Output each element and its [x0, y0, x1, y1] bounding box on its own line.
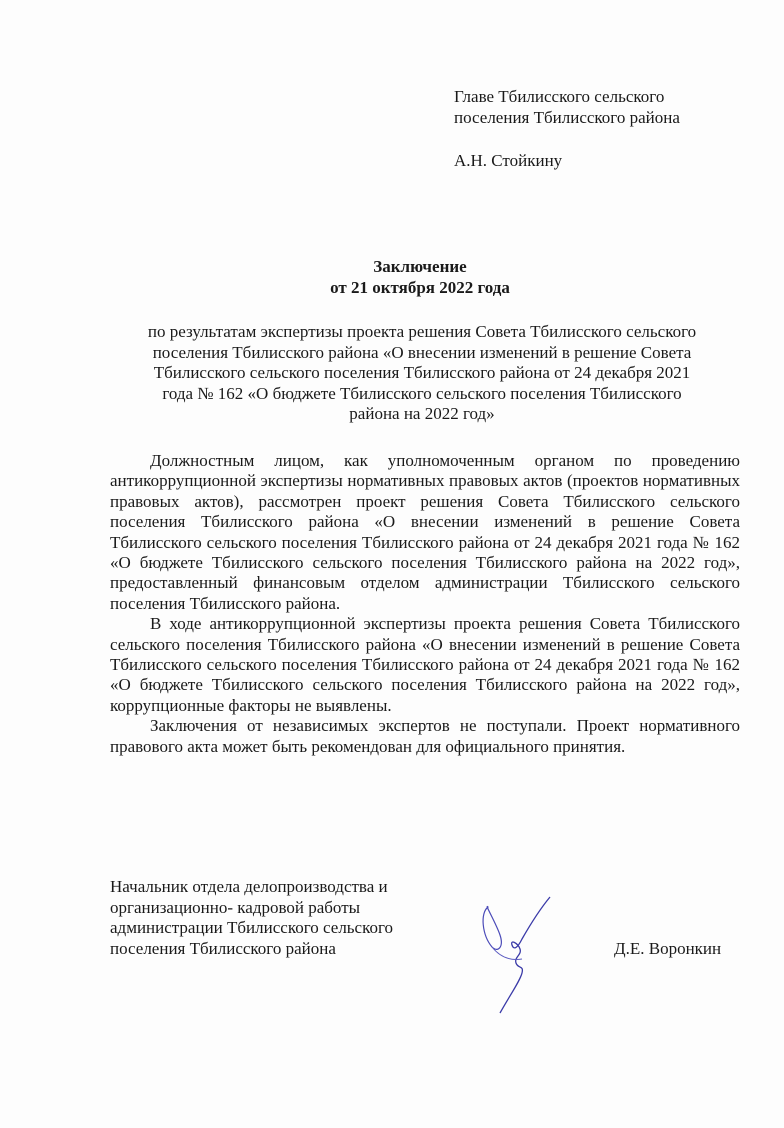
position-line: поселения Тбилисского района [110, 939, 450, 960]
addressee-block: Главе Тбилисского сельского поселения Тб… [454, 86, 754, 171]
document-page: Главе Тбилисского сельского поселения Тб… [0, 0, 784, 1128]
subject-line: года № 162 «О бюджете Тбилисского сельск… [112, 384, 732, 405]
signer-position: Начальник отдела делопроизводства и орга… [110, 877, 450, 959]
subject-line: района на 2022 год» [112, 404, 732, 425]
addressee-line-2: поселения Тбилисского района [454, 107, 754, 128]
subject-line: по результатам экспертизы проекта решени… [112, 322, 732, 343]
addressee-name: А.Н. Стойкину [454, 150, 754, 171]
position-line: Начальник отдела делопроизводства и [110, 877, 450, 898]
subject-line: Тбилисского сельского поселения Тбилисск… [112, 363, 732, 384]
position-line: организационно- кадровой работы [110, 898, 450, 919]
title-date: от 21 октября 2022 года [110, 277, 730, 298]
document-title: Заключение от 21 октября 2022 года [110, 256, 730, 298]
subject-line: поселения Тбилисского района «О внесении… [112, 343, 732, 364]
position-line: администрации Тбилисского сельского [110, 918, 450, 939]
addressee-line-1: Главе Тбилисского сельского [454, 86, 754, 107]
body-text: Должностным лицом, как уполномоченным ор… [110, 451, 740, 757]
signer-name: Д.Е. Воронкин [614, 938, 721, 959]
handwritten-signature-icon [470, 895, 560, 1015]
title-heading: Заключение [110, 256, 730, 277]
body-paragraph-1: Должностным лицом, как уполномоченным ор… [110, 451, 740, 614]
body-paragraph-3: Заключения от независимых экспертов не п… [110, 716, 740, 757]
subject-block: по результатам экспертизы проекта решени… [112, 322, 732, 425]
body-paragraph-2: В ходе антикоррупционной экспертизы прое… [110, 614, 740, 716]
